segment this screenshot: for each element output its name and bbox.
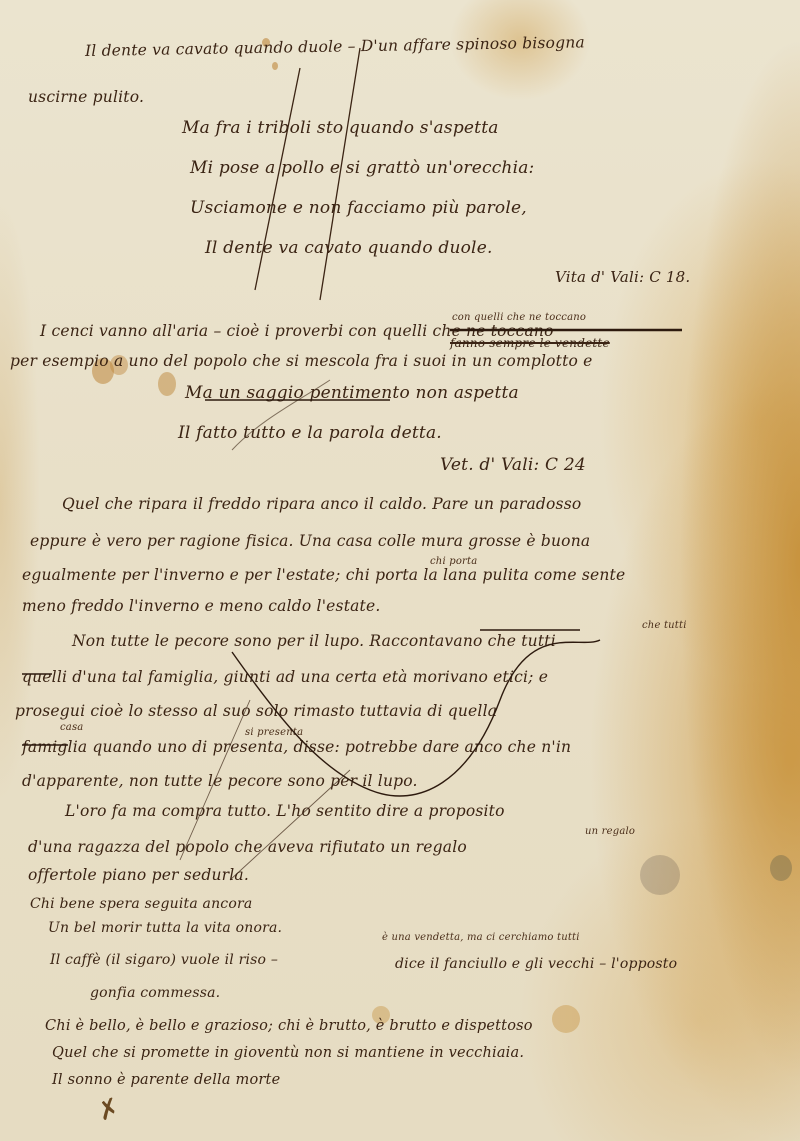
s5-line-2: d'una ragazza del popolo che aveva rifiu…: [28, 838, 467, 856]
s4-line-4: famiglia quando uno di presenta, disse: …: [22, 738, 571, 756]
s6-line-3: Il caffè (il sigaro) vuole il riso –: [50, 952, 278, 968]
s6-line-3-text: Il caffè (il sigaro) vuole il riso –: [50, 952, 278, 968]
s1-intro-line-2: uscirne pulito.: [28, 88, 144, 106]
s1-citation: Vita d' Vali: C 18.: [555, 268, 690, 286]
smudge: [640, 855, 680, 895]
foxing-spot: [158, 372, 176, 396]
s4-insertion-1: che tutti: [642, 620, 687, 631]
s6-line-5: gonfia commessa.: [90, 985, 220, 1001]
manuscript-page: Il dente va cavato quando duole – D'un a…: [0, 0, 800, 1141]
s1-verse-line-3: Usciamone e non facciamo più parole,: [190, 198, 527, 218]
s2-verse-line-1: Ma un saggio pentimento non aspetta: [185, 383, 519, 403]
s3-line-4: meno freddo l'inverno e meno caldo l'est…: [22, 597, 381, 615]
s6-line-4: dice il fanciullo e gli vecchi – l'oppos…: [395, 956, 677, 972]
s3-line-3: egualmente per l'inverno e per l'estate;…: [22, 566, 625, 584]
s7-line-2: Quel che si promette in gioventù non si …: [52, 1045, 524, 1061]
s1-verse-line-1: Ma fra i triboli sto quando s'aspetta: [182, 118, 499, 138]
s2-verse-line-2: Il fatto tutto e la parola detta.: [178, 423, 442, 443]
s5-line-1: L'oro fa ma compra tutto. L'ho sentito d…: [65, 802, 505, 820]
ink-mark: ✗: [94, 1092, 125, 1128]
s1-verse-line-2: Mi pose a pollo e si grattò un'orecchia:: [190, 158, 534, 178]
s6-line-2: Un bel morir tutta la vita onora.: [48, 920, 282, 936]
s2-intro-line-2: per esempio a uno del popolo che si mesc…: [10, 352, 593, 370]
s4-line-3: prosegui cioè lo stesso al suo solo rima…: [15, 702, 497, 720]
s4-line-5: d'apparente, non tutte le pecore sono pe…: [22, 772, 418, 790]
s4-line-1: Non tutte le pecore sono per il lupo. Ra…: [72, 632, 556, 650]
s5-insertion: un regalo: [585, 826, 635, 837]
foxing-spot: [552, 1005, 580, 1033]
s6-insertion: è una vendetta, ma ci cerchiamo tutti: [382, 932, 580, 943]
smudge: [770, 855, 792, 881]
s4-insertion-3: si presenta: [245, 727, 303, 738]
s5-line-3: offertole piano per sedurla.: [28, 866, 249, 884]
s7-line-1: Chi è bello, è bello e grazioso; chi è b…: [45, 1018, 533, 1034]
s7-line-3: Il sonno è parente della morte: [52, 1072, 280, 1088]
s4-insertion-2: casa: [60, 722, 83, 733]
s1-intro-line-1: Il dente va cavato quando duole – D'un a…: [85, 33, 585, 60]
s1-verse-line-4: Il dente va cavato quando duole.: [205, 238, 493, 258]
s3-line-1: Quel che ripara il freddo ripara anco il…: [62, 495, 581, 513]
s2-struck-text: fanno sempre le vendette: [450, 336, 610, 350]
s3-line-2: eppure è vero per ragione fisica. Una ca…: [30, 532, 590, 550]
foxing-spot: [272, 62, 278, 70]
s2-citation: Vet. d' Vali: C 24: [440, 455, 586, 475]
s6-line-1: Chi bene spera seguita ancora: [30, 896, 252, 912]
s4-line-2: quelli d'una tal famiglia, giunti ad una…: [22, 668, 548, 686]
